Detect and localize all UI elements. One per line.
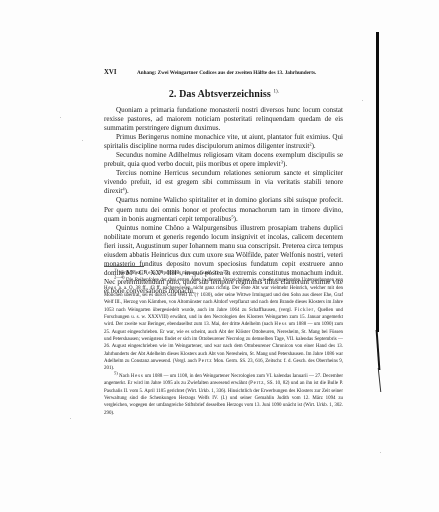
scan-speck	[60, 117, 61, 118]
footnote-ref-1: 1).	[273, 90, 279, 95]
paragraph-1: Quoniam a primaria fundatione monasterii…	[104, 106, 343, 133]
paragraph-5-end: ).	[234, 215, 238, 223]
footnote-mark: 1)	[114, 268, 118, 273]
footnote-author: Hess	[274, 322, 287, 327]
footnote-2-4: 2—4) Die Reihenfolge der drei ersten Äbt…	[104, 277, 343, 372]
paragraph-3: Secundus nomine Adilhelmus religiosam vi…	[104, 151, 343, 169]
scan-edge-line	[376, 32, 379, 332]
scan-speck	[380, 452, 381, 453]
paragraph-4: Tercius nomine Herricus secundum relatio…	[104, 169, 343, 196]
footnote-author: Pertz	[250, 381, 264, 386]
footnote-author: Hess	[131, 374, 144, 379]
paragraph-4-end: ).	[125, 187, 129, 195]
footnote-author: Fickler	[294, 308, 314, 313]
paragraph-4-text: Tercius nomine Herricus secundum relatio…	[104, 169, 343, 195]
footnote-author: Pertz	[198, 359, 212, 364]
scan-edge-line	[378, 368, 382, 392]
footnote-text: Nach	[119, 374, 129, 379]
scan-speck	[362, 100, 363, 101]
paragraph-3-end: ).	[283, 160, 287, 168]
footnote-text: Die Reihenfolge der drei ersten Äbte in …	[126, 278, 343, 283]
footnote-text: , SS. 10, 82) und an ihn ist die Bulle P…	[104, 381, 343, 415]
main-text: Quoniam a primaria fundatione monasterii…	[104, 106, 343, 297]
section-title: 2. Das Abtsverzeichniss 1).	[104, 89, 344, 100]
scan-speck	[70, 418, 71, 419]
footnote-mark: 2—4)	[114, 275, 125, 280]
footnotes: 1) Vergl. hiezu Hess, Prodromus monum. G…	[104, 270, 343, 417]
page-number: XVI	[104, 69, 116, 76]
scan-edge-line	[376, 330, 381, 370]
paragraph-2: Primus Beringerus nomine monachice vite,…	[104, 133, 343, 151]
footnote-text: , Prodromus monum. Guelf. 31—77.	[157, 271, 230, 276]
paragraph-2-text: Primus Beringerus nomine monachice vite,…	[104, 133, 343, 150]
scanned-book-page: XVI Anhang: Zwei Weingartner Codices aus…	[0, 0, 439, 512]
paragraph-1-text: Quoniam a primaria fundatione monasterii…	[104, 106, 343, 132]
running-title: Anhang: Zwei Weingartner Codices aus der…	[137, 70, 316, 76]
paragraph-5-text: Quartus nomine Walicho spiritaliter et i…	[104, 196, 343, 222]
paragraph-5: Quartus nomine Walicho spiritaliter et i…	[104, 196, 343, 223]
footnote-1: 1) Vergl. hiezu Hess, Prodromus monum. G…	[104, 270, 343, 277]
section-title-text: 2. Das Abtsverzeichniss	[169, 89, 271, 100]
footnote-5: 5) Nach Hess um 1088 — um 1108, in den W…	[104, 373, 343, 417]
paragraph-2-end: ).	[312, 142, 316, 150]
paragraph-3-text: Secundus nomine Adilhelmus religiosam vi…	[104, 151, 343, 168]
footnote-separator	[104, 266, 144, 267]
scan-speck	[82, 140, 83, 141]
footnote-author: Hess	[104, 286, 117, 291]
footnote-mark: 5)	[114, 370, 118, 375]
footnote-text: um 1088 — um 1090) zum 25. August einges…	[104, 322, 343, 364]
footnote-author: Hess	[144, 271, 157, 276]
